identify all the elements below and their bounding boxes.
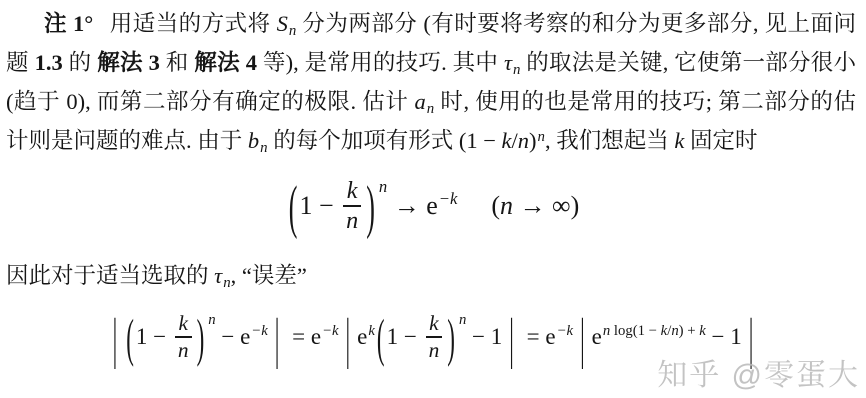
math-var-an: a [415, 89, 426, 114]
euler-e: e [311, 324, 321, 349]
term-one-minus: 1 − [387, 324, 423, 349]
euler-e: e [357, 324, 367, 349]
math-subscript: n [289, 23, 296, 39]
text-run: , “误差” [231, 263, 307, 288]
abs-bar: | [509, 310, 514, 366]
exp-var-k: k [699, 323, 706, 339]
exponent-neg-k: −k [557, 323, 573, 339]
big-left-paren: ( [377, 312, 385, 365]
math-subscript: n [223, 275, 230, 291]
text-run: 固定时 [684, 128, 757, 153]
math-subscript: n [260, 140, 267, 156]
math-var-tau: τ [214, 263, 222, 288]
book-page: 注 1°用适当的方式将 Sn 分为两部分 (有时要将考察的和分为更多部分, 见上… [0, 0, 866, 398]
minus-one: − 1 [466, 324, 502, 349]
math-var-k: k [502, 128, 512, 153]
inline-math-open: (1 − [459, 128, 502, 153]
cond-close-paren: ) [571, 191, 580, 220]
text-run: 和 [160, 50, 195, 75]
fraction: kn [343, 178, 361, 234]
formula-limit: (1 − kn)n → e−k(n → ∞) [0, 162, 866, 250]
text-run: 的每个加项有形式 [268, 128, 459, 153]
euler-e: e [545, 324, 555, 349]
math-var-bn: b [248, 128, 259, 153]
exponent-neg-k: −k [439, 189, 458, 208]
math-subscript: n [513, 62, 520, 78]
fraction-denominator: n [343, 205, 361, 233]
fraction: kn [175, 312, 192, 362]
exponent-neg-k: −k [322, 323, 338, 339]
abs-bar: | [749, 310, 754, 366]
cond-open-paren: ( [491, 191, 500, 220]
cond-arrow: → [513, 191, 552, 220]
fraction-numerator: k [426, 312, 443, 336]
solution-ref-3: 解法 3 [97, 50, 160, 75]
equals-sign: = [286, 324, 310, 349]
problem-number: 1.3 [35, 50, 63, 75]
equals-sign: = [521, 324, 545, 349]
exp-log-open: log(1 − [610, 323, 660, 339]
euler-e: e [592, 324, 602, 349]
math-subscript: n [427, 101, 434, 117]
fraction-denominator: n [175, 336, 192, 361]
exp-close-plus: ) + [679, 323, 700, 339]
paragraph-therefore: 因此对于适当选取的 τn, “误差” [0, 250, 866, 297]
inline-math-close: ) [529, 128, 537, 153]
abs-bar: | [580, 310, 585, 366]
big-right-paren: ) [366, 178, 375, 238]
fraction-denominator: n [426, 336, 443, 361]
formula-error-bound: |(1 − kn)n − e−k| = e−k|ek(1 − kn)n − 1|… [0, 297, 866, 377]
fraction-numerator: k [343, 178, 361, 205]
big-left-paren: ( [126, 312, 134, 365]
paragraph-note: 注 1°用适当的方式将 Sn 分为两部分 (有时要将考察的和分为更多部分, 见上… [0, 0, 866, 162]
exponent-k: k [368, 323, 375, 339]
solution-ref-4: 解法 4 [194, 50, 257, 75]
text-run: , 我们想起当 [545, 128, 674, 153]
big-right-paren: ) [447, 312, 455, 365]
infinity-symbol: ∞ [552, 191, 571, 220]
power-exponent: n [208, 312, 215, 328]
euler-e: e [240, 324, 250, 349]
math-var-n: n [518, 128, 529, 153]
text-run: 的 [63, 50, 98, 75]
big-left-paren: ( [289, 178, 298, 238]
term-one-minus: 1 − [136, 324, 172, 349]
minus-one: − 1 [706, 324, 742, 349]
fraction-numerator: k [175, 312, 192, 336]
abs-bar: | [275, 310, 280, 366]
minus-sign: − [216, 324, 240, 349]
euler-e: e [426, 191, 438, 220]
text-run: 用适当的方式将 [109, 11, 276, 36]
exponent-neg-k: −k [251, 323, 267, 339]
abs-bar: | [346, 310, 351, 366]
arrow: → [387, 191, 426, 220]
note-label: 注 1° [44, 11, 93, 36]
abs-bar: | [113, 310, 118, 366]
power-exponent: n [459, 312, 466, 328]
exponent-log-expression: n log(1 − k/n) + k [603, 323, 706, 339]
power-exponent: n [379, 177, 387, 196]
text-run: 等), 是常用的技巧. 其中 [257, 50, 504, 75]
exp-var-n: n [671, 323, 678, 339]
math-var-tau: τ [504, 50, 512, 75]
term-one-minus: 1 − [299, 191, 340, 220]
text-run: 因此对于适当选取的 [6, 263, 214, 288]
inline-exponent: n [538, 129, 545, 145]
big-right-paren: ) [197, 312, 205, 365]
math-var-k: k [674, 128, 684, 153]
fraction: kn [426, 312, 443, 362]
cond-var-n: n [500, 191, 513, 220]
math-var-Sn: S [277, 11, 288, 36]
